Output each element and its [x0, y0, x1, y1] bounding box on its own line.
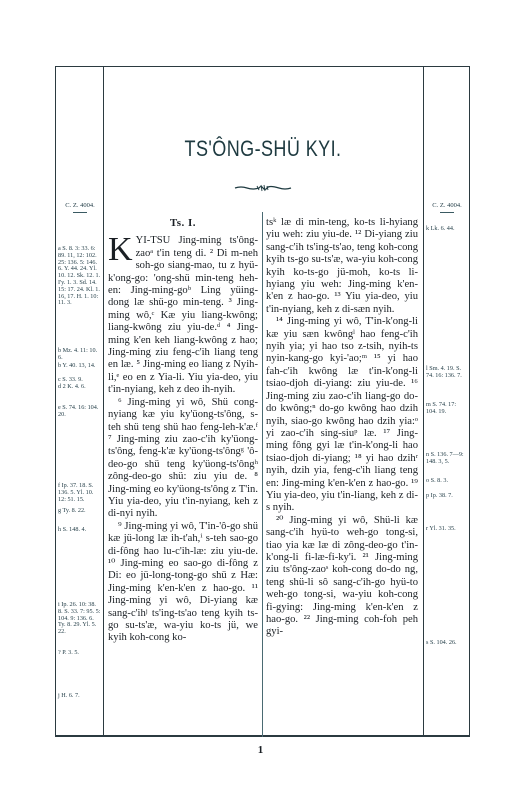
cross-reference-note: m S. 74. 17: 104. 19. — [426, 402, 468, 416]
cross-reference-note: p Ip. 38. 7. — [426, 493, 468, 500]
cross-reference-note: n S. 136. 7—9: 148. 3, 5. — [426, 452, 468, 466]
era-label: C. Z. 4004. — [426, 203, 468, 210]
drop-cap: K — [108, 237, 133, 263]
cross-reference-note: s S. 104. 26. — [426, 640, 468, 647]
text-column-left: Ts. I. KYI-TSU Jing-ming ts'ông-zaoᵃ t'i… — [108, 217, 258, 645]
cross-reference-note: o S. 8. 3. — [426, 478, 468, 485]
text-column-right: tsᵏ læ di min-teng, ko-ts li-hyiang yiu … — [266, 217, 418, 639]
paragraph: ¹⁴ Jing-ming yi wô, T'in-k'ong-li kæ yiu… — [266, 316, 418, 515]
right-margin-rule — [423, 66, 424, 737]
cross-reference-note: j H. 6. 7. — [58, 693, 102, 700]
column-divider — [262, 212, 263, 737]
era-label: C. Z. 4004. — [58, 203, 102, 210]
cross-reference-note: b Y. 40. 13, 14. — [58, 363, 102, 370]
paragraph: ⁶ Jing-ming yi wô, Shü cong-nyiang kæ yi… — [108, 397, 258, 521]
cross-reference-note: k Lk. 6. 44. — [426, 226, 468, 233]
chapter-heading: Ts. I. — [108, 217, 258, 229]
right-margin-era: C. Z. 4004. — [426, 203, 468, 213]
cross-reference-note: i Ip. 26. 10: 38. 8. S. 33. 7: 95. 5: 10… — [58, 602, 102, 636]
left-margin-era: C. Z. 4004. — [58, 203, 102, 213]
cross-reference-note: e S. 74. 16: 104. 20. — [58, 405, 102, 419]
book-title: TS'ÔNG-SHÜ KYI. — [132, 136, 394, 162]
page-number: 1 — [0, 744, 521, 756]
cross-reference-note: b Mz. 4. 11: 10. 6. — [58, 348, 102, 362]
paragraph: tsᵏ læ di min-teng, ko-ts li-hyiang yiu … — [266, 217, 418, 316]
cross-reference-note: r Yl. 31. 35. — [426, 526, 468, 533]
paragraph: KYI-TSU Jing-ming ts'ông-zaoᵃ t'in teng … — [108, 235, 258, 396]
paragraph: ²⁰ Jing-ming yi wô, Shü-li kæ sang-c'ih … — [266, 515, 418, 639]
ornament-icon — [233, 184, 293, 192]
era-rule — [73, 212, 87, 213]
era-rule — [440, 212, 454, 213]
left-margin-rule — [103, 66, 104, 737]
cross-reference-note: d 2 K. 4. 6. — [58, 384, 102, 391]
cross-reference-note: ? P. 3. 5. — [58, 650, 102, 657]
cross-reference-note: l Sm. 4. 19. S. 74. 16: 136. 7. — [426, 366, 468, 380]
cross-reference-note: h S. 148. 4. — [58, 527, 102, 534]
cross-reference-note: f Ip. 37. 18. S. 136. 5. Yl. 10. 12: 51.… — [58, 483, 102, 503]
cross-reference-note: a S. 8. 3: 33. 6: 89. 11, 12: 102. 25: 1… — [58, 246, 102, 307]
cross-reference-note: g Ty. 8. 22. — [58, 508, 102, 515]
paragraph: ⁹ Jing-ming yi wô, T'in-'ô-go shü kæ jü-… — [108, 521, 258, 645]
